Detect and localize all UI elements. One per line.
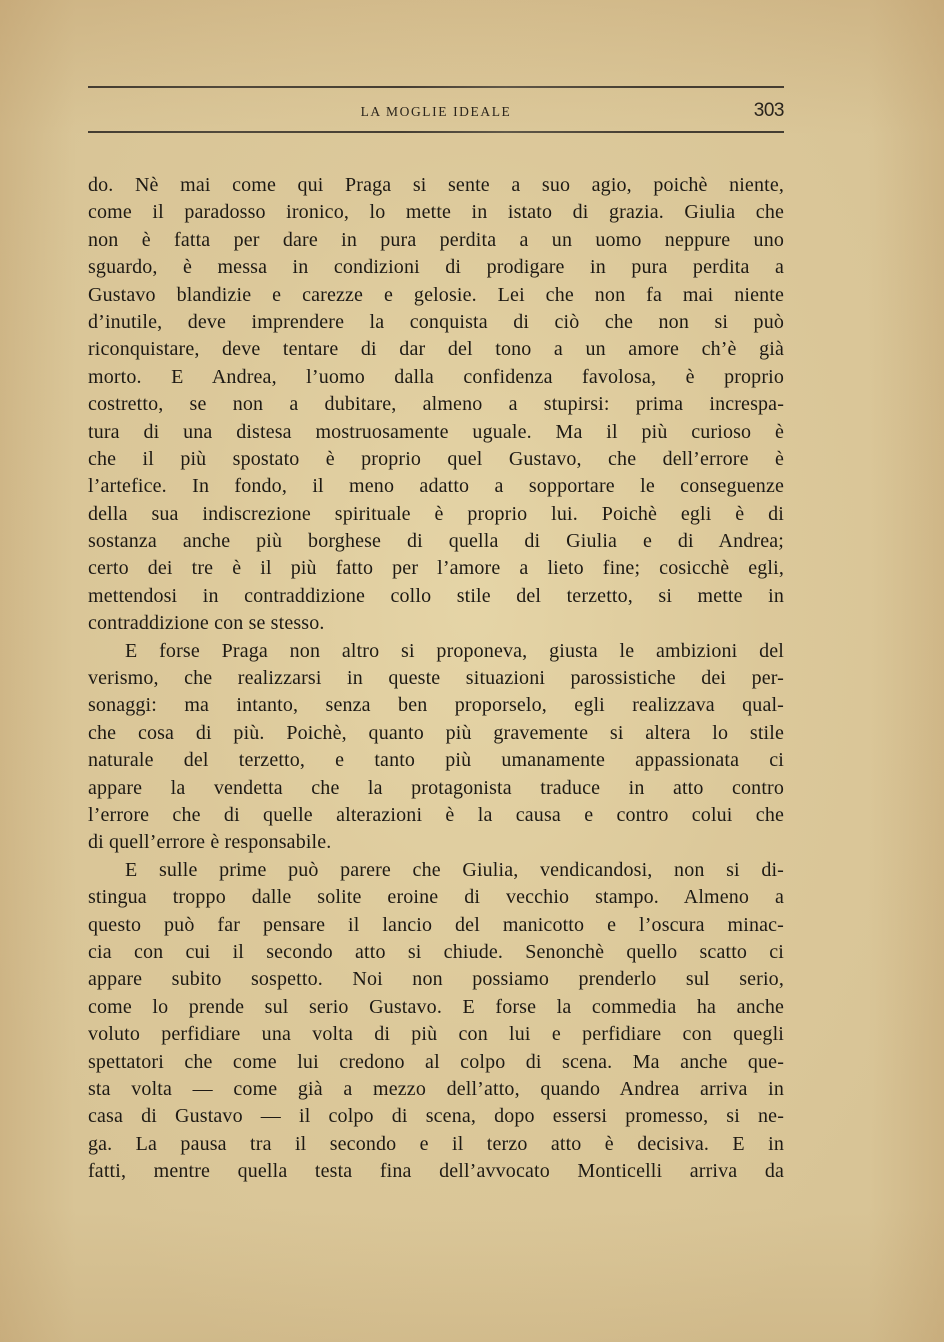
header-rule-bottom [88, 131, 784, 133]
text-line: sonaggi: ma intanto, senza ben proporsel… [88, 692, 784, 719]
text-line: questo può far pensare il lancio del man… [88, 912, 784, 939]
text-line: appare subito sospetto. Noi non possiamo… [88, 966, 784, 993]
text-line: contraddizione con se stesso. [88, 610, 784, 637]
body-text: do. Nè mai come qui Praga si sente a suo… [88, 172, 784, 1185]
paragraph: E forse Praga non altro si proponeva, gi… [88, 638, 784, 857]
text-line: do. Nè mai come qui Praga si sente a suo… [88, 172, 784, 199]
page-number: 303 [754, 100, 784, 122]
text-line: appare la vendetta che la protagonista t… [88, 775, 784, 802]
text-line: d’inutile, deve imprendere la conquista … [88, 309, 784, 336]
text-line: della sua indiscrezione spirituale è pro… [88, 501, 784, 528]
text-line: che il più spostato è proprio quel Gusta… [88, 446, 784, 473]
text-line: come lo prende sul serio Gustavo. E fors… [88, 994, 784, 1021]
text-line: sostanza anche più borghese di quella di… [88, 528, 784, 555]
text-line: stingua troppo dalle solite eroine di ve… [88, 884, 784, 911]
text-line: voluto perfidiare una volta di più con l… [88, 1021, 784, 1048]
text-line: che cosa di più. Poichè, quanto più grav… [88, 720, 784, 747]
text-line: certo dei tre è il più fatto per l’amore… [88, 555, 784, 582]
text-line: l’errore che di quelle alterazioni è la … [88, 802, 784, 829]
text-line: E sulle prime può parere che Giulia, ven… [88, 857, 784, 884]
text-line: Gustavo blandizie e carezze e gelosie. L… [88, 282, 784, 309]
text-line: casa di Gustavo — il colpo di scena, dop… [88, 1103, 784, 1130]
text-line: ga. La pausa tra il secondo e il terzo a… [88, 1131, 784, 1158]
running-head: LA MOGLIE IDEALE 303 [88, 100, 784, 124]
text-line: riconquistare, deve tentare di dar del t… [88, 336, 784, 363]
header-rule-top [88, 86, 784, 88]
text-line: fatti, mentre quella testa fina dell’avv… [88, 1158, 784, 1185]
text-line: tura di una distesa mostruosamente ugual… [88, 419, 784, 446]
text-line: cia con cui il secondo atto si chiude. S… [88, 939, 784, 966]
text-line: non è fatta per dare in pura perdita a u… [88, 227, 784, 254]
text-line: naturale del terzetto, e tanto più umana… [88, 747, 784, 774]
text-line: mettendosi in contraddizione collo stile… [88, 583, 784, 610]
text-line: sta volta — come già a mezzo dell’atto, … [88, 1076, 784, 1103]
book-page: LA MOGLIE IDEALE 303 do. Nè mai come qui… [0, 0, 944, 1342]
running-title: LA MOGLIE IDEALE [88, 104, 784, 120]
text-line: E forse Praga non altro si proponeva, gi… [88, 638, 784, 665]
paragraph: E sulle prime può parere che Giulia, ven… [88, 857, 784, 1186]
paragraph: do. Nè mai come qui Praga si sente a suo… [88, 172, 784, 638]
text-line: costretto, se non a dubitare, almeno a s… [88, 391, 784, 418]
text-line: come il paradosso ironico, lo mette in i… [88, 199, 784, 226]
text-line: di quell’errore è responsabile. [88, 829, 784, 856]
text-line: morto. E Andrea, l’uomo dalla confidenza… [88, 364, 784, 391]
text-line: sguardo, è messa in condizioni di prodig… [88, 254, 784, 281]
text-line: l’artefice. In fondo, il meno adatto a s… [88, 473, 784, 500]
text-line: spettatori che come lui credono al colpo… [88, 1049, 784, 1076]
text-line: verismo, che realizzarsi in queste situa… [88, 665, 784, 692]
